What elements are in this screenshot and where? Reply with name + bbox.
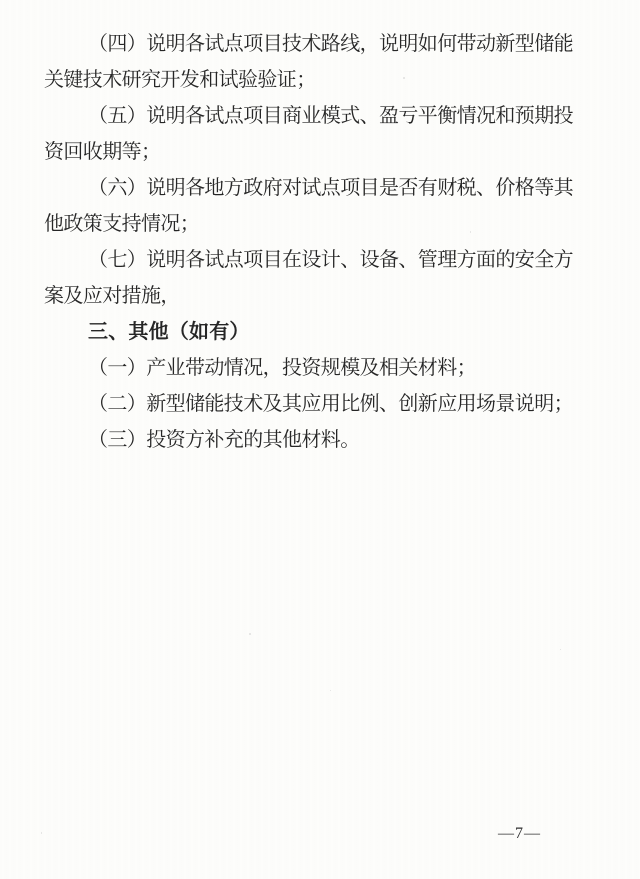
text-line: （四）说明各试点项目技术路线，说明如何带动新型储能 <box>44 26 596 62</box>
page-number: —7— <box>498 825 541 843</box>
text-line: 案及应对措施， <box>44 278 596 314</box>
scan-speck <box>560 649 561 650</box>
text-line: 关键技术研究开发和试验验证； <box>44 62 596 98</box>
section-heading: 三、其他（如有） <box>44 314 596 350</box>
document-body: （四）说明各试点项目技术路线，说明如何带动新型储能关键技术研究开发和试验验证；（… <box>44 26 596 458</box>
text-line: （一）产业带动情况，投资规模及相关材料； <box>44 350 596 386</box>
text-line: （三）投资方补充的其他材料。 <box>44 422 596 458</box>
text-line: 他政策支持情况； <box>44 206 596 242</box>
scan-speck <box>470 231 471 233</box>
document-page: （四）说明各试点项目技术路线，说明如何带动新型储能关键技术研究开发和试验验证；（… <box>0 0 640 879</box>
scan-speck <box>330 690 331 691</box>
scan-speck <box>41 832 42 834</box>
text-line: （七）说明各试点项目在设计、设备、管理方面的安全方 <box>44 242 596 278</box>
scan-speck <box>249 633 251 635</box>
text-line: （二）新型储能技术及其应用比例、创新应用场景说明； <box>44 386 596 422</box>
text-line: （五）说明各试点项目商业模式、盈亏平衡情况和预期投 <box>44 98 596 134</box>
scan-speck <box>403 77 405 79</box>
text-line: 资回收期等； <box>44 134 596 170</box>
text-line: （六）说明各地方政府对试点项目是否有财税、价格等其 <box>44 170 596 206</box>
